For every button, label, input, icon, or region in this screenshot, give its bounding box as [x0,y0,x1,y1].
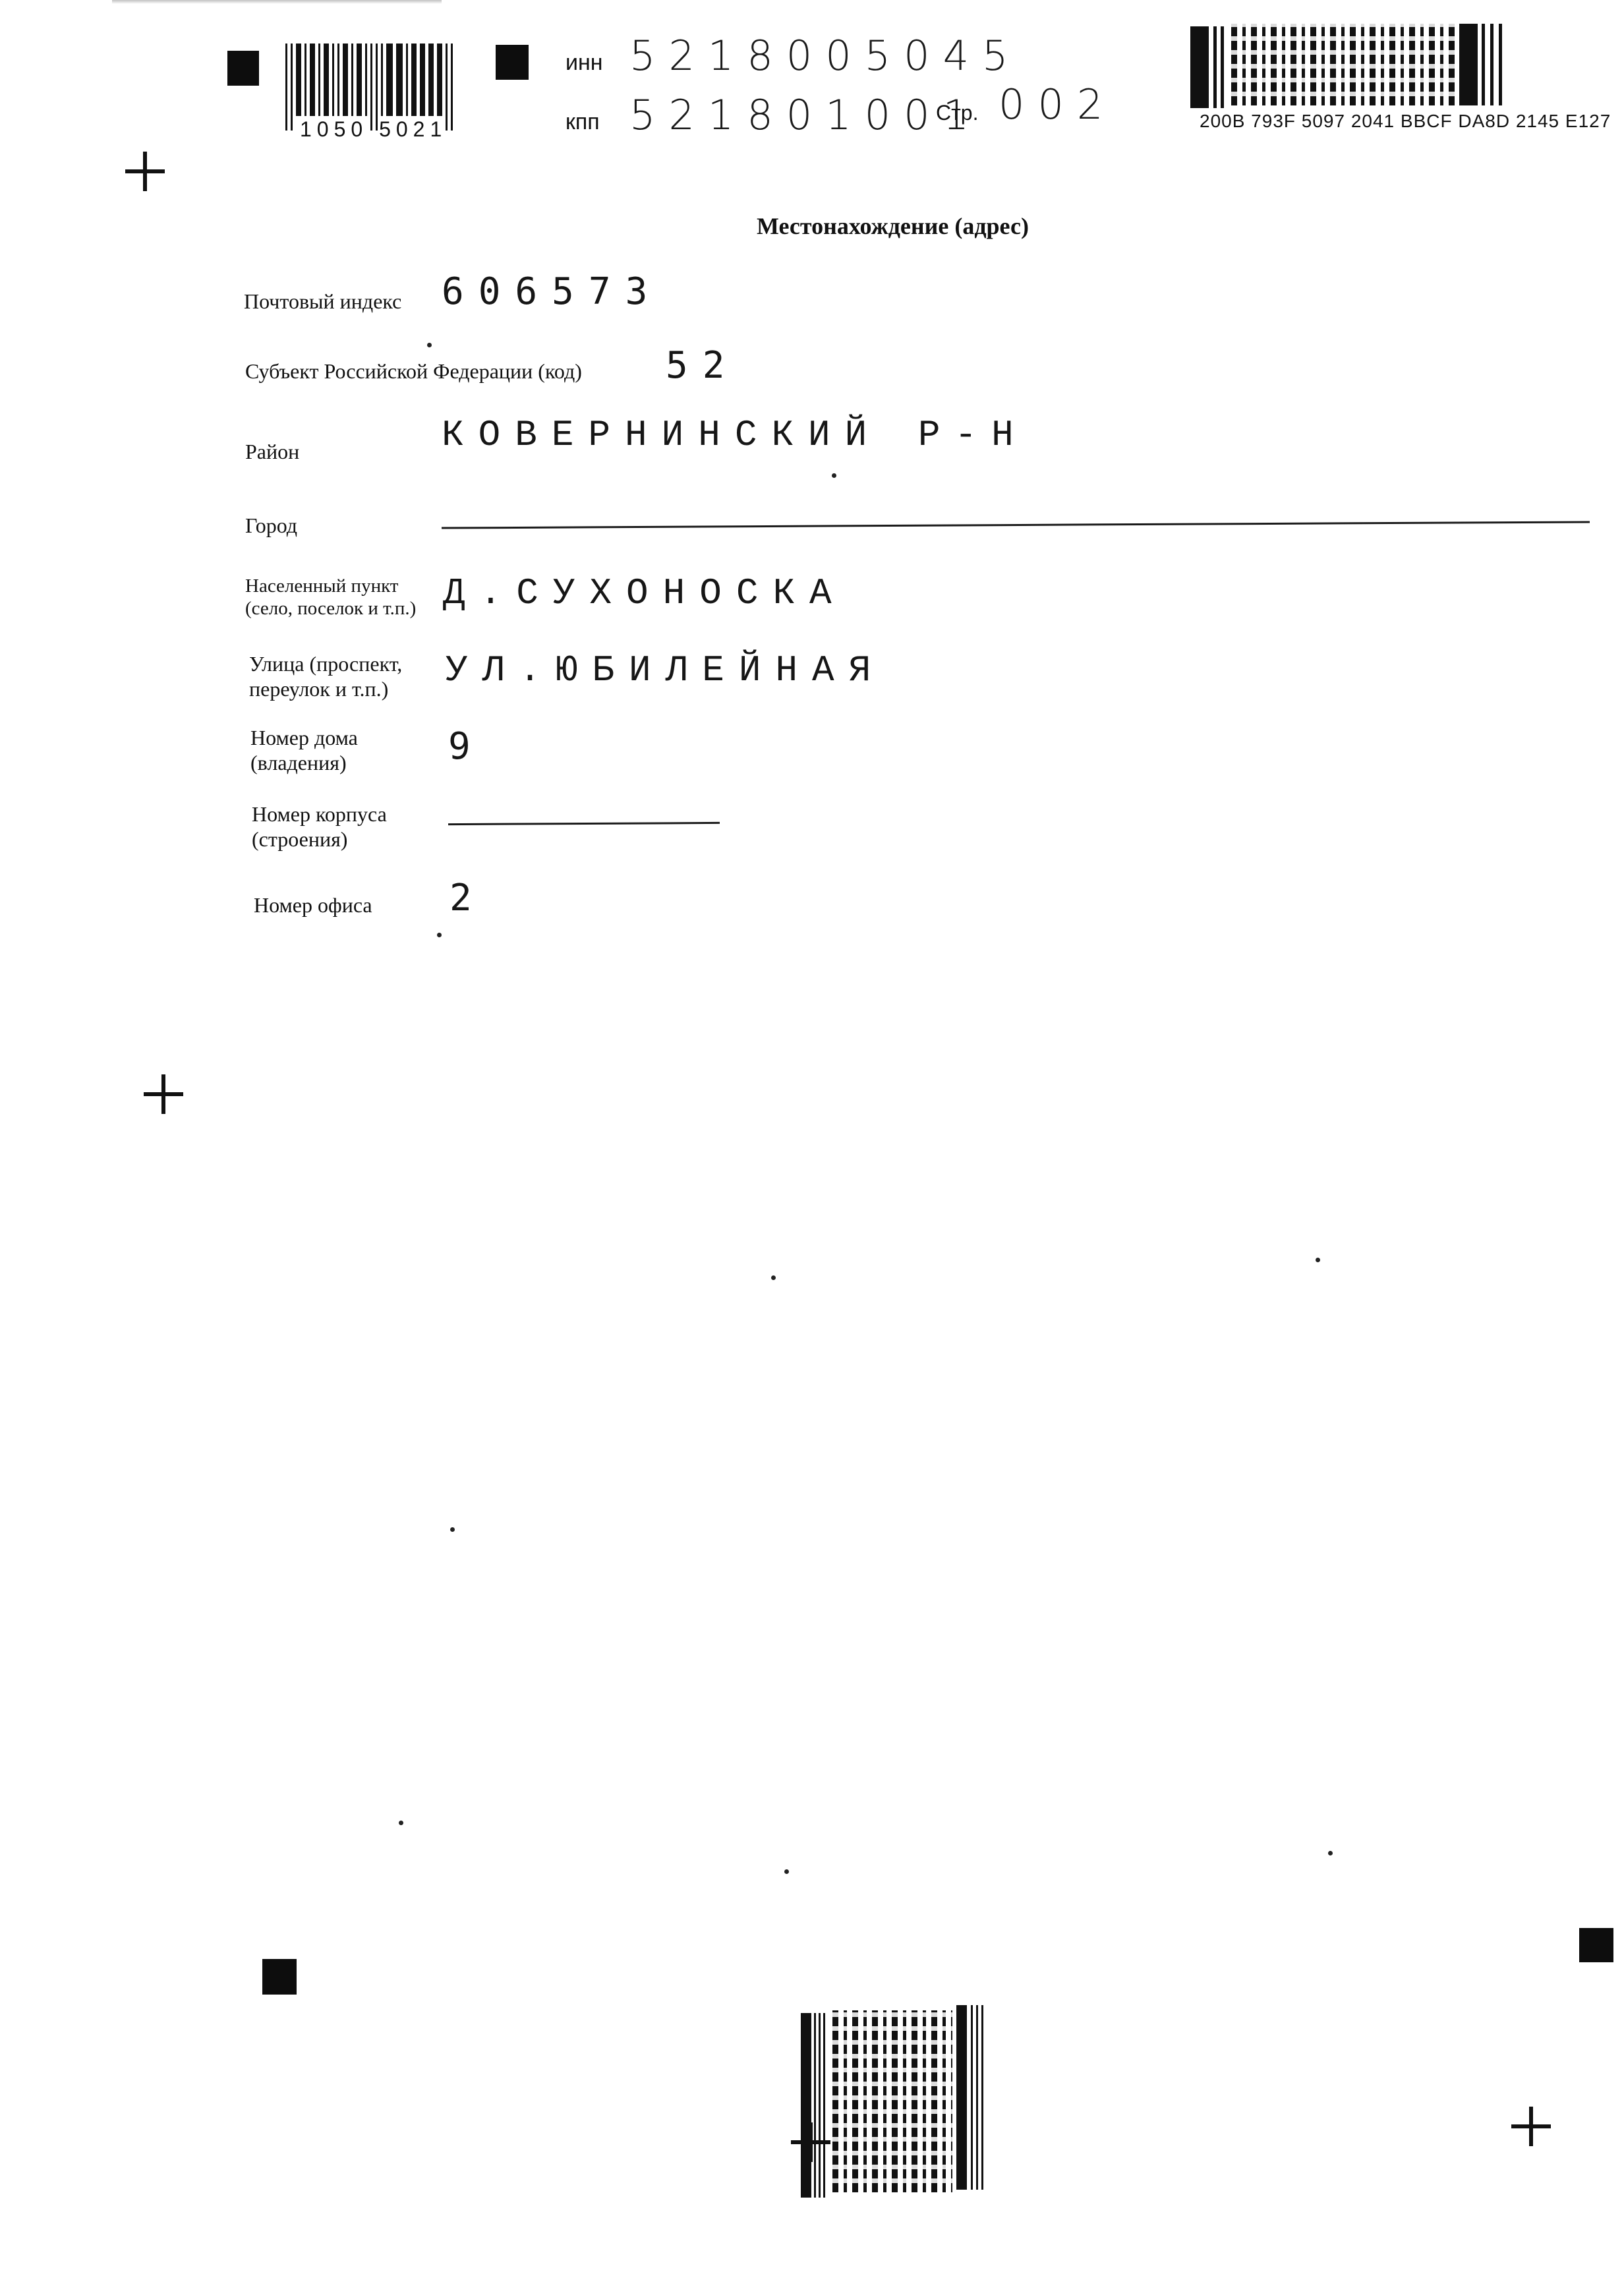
barcode-bar [411,44,417,116]
barcode-bar [310,44,315,116]
settlement-label-line2: (село, поселок и т.п.) [245,597,416,620]
inn-value: 5218005045 [629,32,1021,80]
barcode-bar [337,44,339,116]
barcode-bar [420,44,425,116]
registration-cross-icon [144,1074,183,1114]
house-number-value: 9 [448,725,485,768]
postal-code-label: Почтовый индекс [244,289,401,314]
scan-speck [399,1821,403,1825]
scan-speck [784,1869,789,1874]
scan-speck [1316,1258,1320,1262]
pdf417-barcode [801,2005,1012,2209]
settlement-label: Населенный пункт (село, поселок и т.п.) [245,575,416,620]
barcode-bar [304,44,306,116]
settlement-value: Д.СУХОНОСКА [443,572,846,614]
barcode-bar [291,44,293,131]
page-label: Стр. [936,101,978,125]
anchor-square-top-center [496,45,529,80]
street-value: УЛ.ЮБИЛЕЙНАЯ [446,649,885,691]
barcode-bar [332,44,334,116]
scan-speck [771,1275,776,1280]
scan-edge [112,0,442,4]
inn-label: ИНН [565,50,603,76]
page-number: 002 [999,80,1116,129]
barcode-bar [296,44,301,116]
district-label: Район [245,439,299,464]
barcode-bar [285,44,287,131]
scan-speck [450,1527,455,1532]
registration-cross-icon [125,152,165,191]
house-number-label-line1: Номер дома [250,725,358,750]
city-label: Город [245,513,297,538]
settlement-label-line1: Населенный пункт [245,575,416,597]
street-label: Улица (проспект, переулок и т.п.) [249,651,402,701]
scan-speck [437,933,442,937]
building-label: Номер корпуса (строения) [252,802,387,852]
datamatrix-code-text: 200B 793F 5097 2041 BBCF DA8D 2145 E127 [1200,111,1611,132]
barcode-bar [318,44,320,116]
anchor-square-bottom-left [262,1959,297,1995]
office-number-value: 2 [449,877,486,920]
barcode-bar [406,44,408,116]
house-number-label: Номер дома (владения) [250,725,358,775]
kpp-value: 521801001 [629,91,982,139]
street-label-line2: переулок и т.п.) [249,676,402,701]
building-empty-line [448,822,720,825]
building-label-line1: Номер корпуса [252,802,387,827]
scan-speck [1328,1851,1333,1855]
barcode-bar [324,44,329,116]
street-label-line1: Улица (проспект, [249,651,402,676]
section-title: Местонахождение (адрес) [757,212,1029,240]
city-empty-line [442,521,1590,529]
anchor-square-bottom-right [1579,1928,1613,1962]
building-label-line2: (строения) [252,827,387,852]
barcode-bar [386,44,393,116]
datamatrix-barcode [1190,24,1507,107]
barcode-number: 1050 5021 [300,117,447,142]
barcode-bar [428,44,434,116]
barcode-bar [351,44,353,116]
registration-cross-icon [1511,2107,1551,2146]
office-number-label: Номер офиса [254,892,372,918]
region-code-label: Субъект Российской Федерации (код) [245,359,582,384]
barcode-bar [365,44,367,116]
anchor-square-top-left [227,51,259,86]
kpp-label: КПП [565,109,600,135]
barcode-bar [396,44,403,116]
district-value: КОВЕРНИНСКИЙ Р-Н [442,414,1028,456]
postal-code-value: 606573 [442,270,662,313]
house-number-label-line2: (владения) [250,750,358,775]
region-code-value: 52 [666,344,739,387]
barcode-bar [357,44,362,116]
barcode-bar [451,44,453,131]
scan-speck [427,343,432,347]
barcode-bar [437,44,442,116]
barcode-bar [343,44,348,116]
barcode-bar [381,44,383,116]
scan-speck [832,473,836,478]
